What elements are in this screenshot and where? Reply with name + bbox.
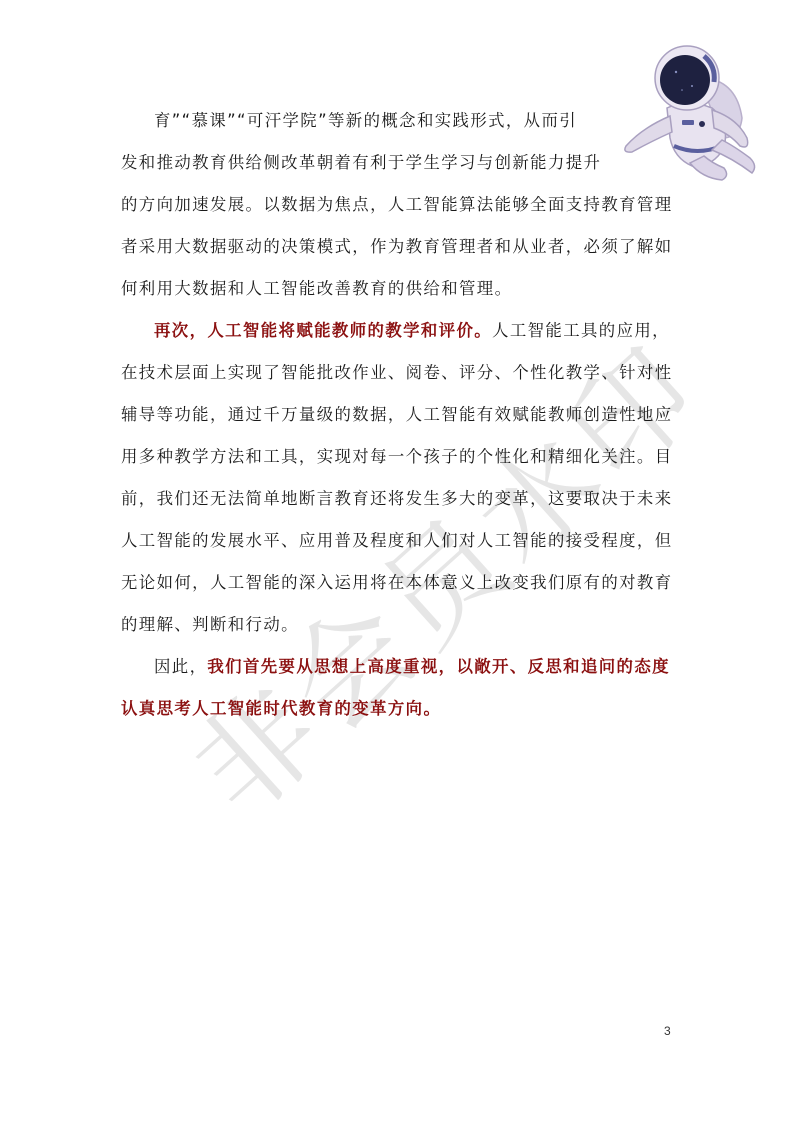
text-span: 人工智能工具的应用， <box>492 321 670 340</box>
text-line: 用多种教学方法和工具，实现对每一个孩子的个性化和精细化关注。目 <box>121 436 661 478</box>
text-line: 在技术层面上实现了智能批改作业、阅卷、评分、个性化教学、针对性 <box>121 352 661 394</box>
text-span: 的理解、判断和行动。 <box>121 615 299 634</box>
emphasis-text: 我们首先要从思想上高度重视，以敞开、反思和追问的态度 <box>207 657 670 676</box>
text-span: 无论如何，人工智能的深入运用将在本体意义上改变我们原有的对教育 <box>121 573 673 592</box>
text-line: 的理解、判断和行动。 <box>121 604 661 646</box>
text-line: 者采用大数据驱动的决策模式，作为教育管理者和从业者，必须了解如 <box>121 226 661 268</box>
text-line: 育”“慕课”“可汗学院”等新的概念和实践形式，从而引 <box>121 100 661 142</box>
text-line: 何利用大数据和人工智能改善教育的供给和管理。 <box>121 268 661 310</box>
text-span: 何利用大数据和人工智能改善教育的供给和管理。 <box>121 279 512 298</box>
text-line: 前，我们还无法简单地断言教育还将发生多大的变革，这要取决于未来 <box>121 478 661 520</box>
text-span: 因此， <box>154 657 207 676</box>
text-span: 育”“慕课”“可汗学院”等新的概念和实践形式，从而引 <box>154 111 577 130</box>
text-line: 的方向加速发展。以数据为焦点，人工智能算法能够全面支持教育管理 <box>121 184 661 226</box>
text-line: 辅导等功能，通过千万量级的数据，人工智能有效赋能教师创造性地应 <box>121 394 661 436</box>
text-line: 因此，我们首先要从思想上高度重视，以敞开、反思和追问的态度 <box>121 646 661 688</box>
text-line: 无论如何，人工智能的深入运用将在本体意义上改变我们原有的对教育 <box>121 562 661 604</box>
text-span: 前，我们还无法简单地断言教育还将发生多大的变革，这要取决于未来 <box>121 489 673 508</box>
document-body: 育”“慕课”“可汗学院”等新的概念和实践形式，从而引 发和推动教育供给侧改革朝着… <box>121 100 661 730</box>
text-line: 人工智能的发展水平、应用普及程度和人们对人工智能的接受程度，但 <box>121 520 661 562</box>
emphasis-text: 认真思考人工智能时代教育的变革方向。 <box>121 699 441 718</box>
text-span: 的方向加速发展。以数据为焦点，人工智能算法能够全面支持教育管理 <box>121 195 673 214</box>
text-line: 认真思考人工智能时代教育的变革方向。 <box>121 688 661 730</box>
page-number: 3 <box>664 1024 671 1038</box>
text-span: 人工智能的发展水平、应用普及程度和人们对人工智能的接受程度，但 <box>121 531 673 550</box>
emphasis-text: 再次，人工智能将赋能教师的教学和评价。 <box>154 321 492 340</box>
text-line: 再次，人工智能将赋能教师的教学和评价。人工智能工具的应用， <box>121 310 661 352</box>
text-span: 者采用大数据驱动的决策模式，作为教育管理者和从业者，必须了解如 <box>121 237 673 256</box>
text-span: 用多种教学方法和工具，实现对每一个孩子的个性化和精细化关注。目 <box>121 447 673 466</box>
text-span: 发和推动教育供给侧改革朝着有利于学生学习与创新能力提升 <box>121 153 601 172</box>
text-span: 辅导等功能，通过千万量级的数据，人工智能有效赋能教师创造性地应 <box>121 405 673 424</box>
text-span: 在技术层面上实现了智能批改作业、阅卷、评分、个性化教学、针对性 <box>121 363 673 382</box>
text-line: 发和推动教育供给侧改革朝着有利于学生学习与创新能力提升 <box>121 142 661 184</box>
